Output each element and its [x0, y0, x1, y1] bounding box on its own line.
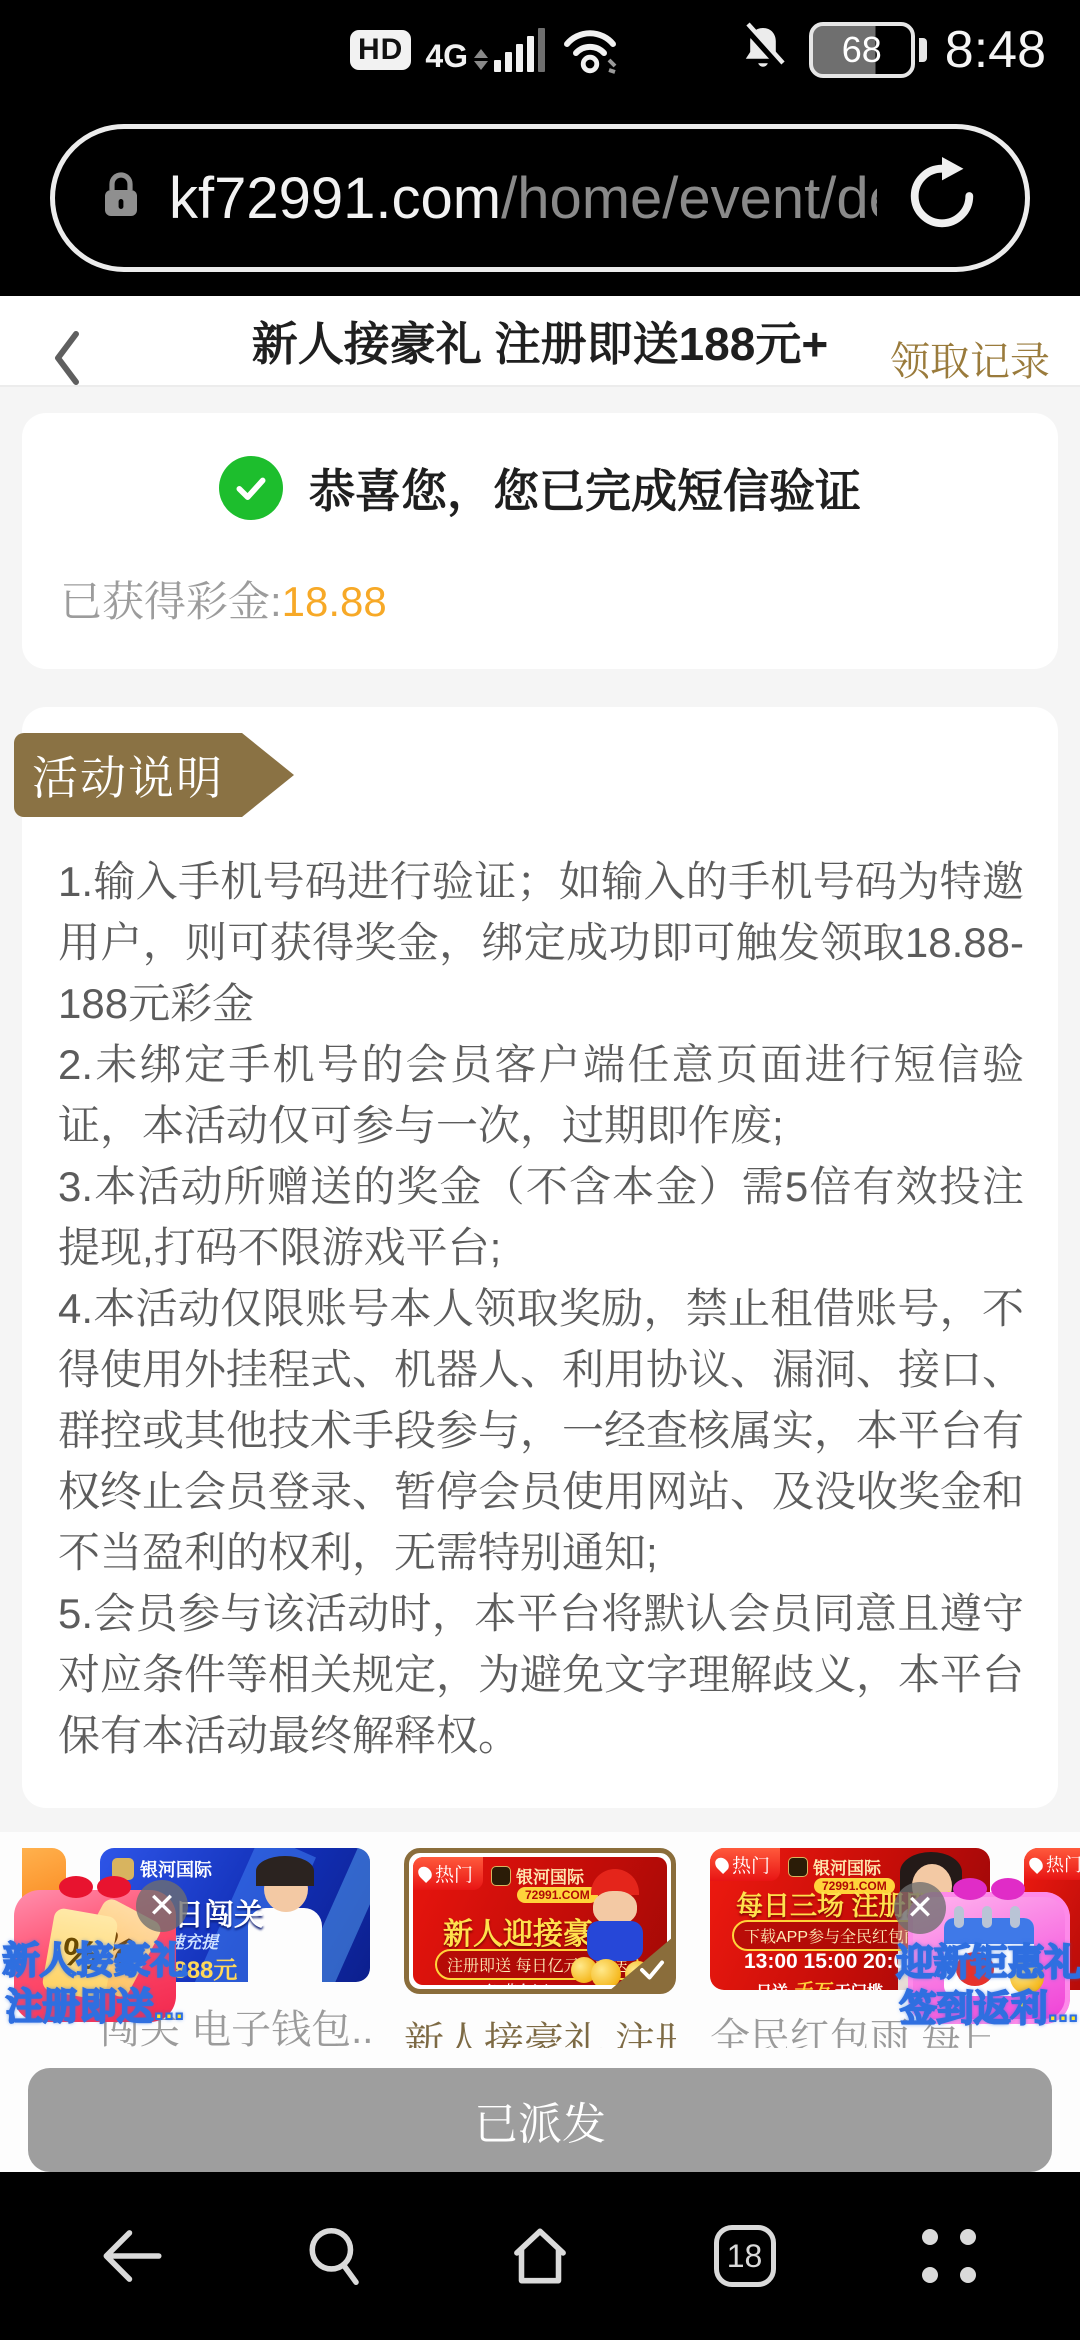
flame-icon — [1026, 1854, 1045, 1873]
claim-records-link[interactable]: 领取记录 — [890, 296, 1050, 420]
ribbon-bow-icon — [953, 1878, 1025, 1900]
reward-amount: 18.88 — [282, 578, 387, 625]
newcomer-banner-image[interactable]: 热门 银河国际 72991.COM 新人迎接豪礼 注册即送 每日亿元大派送 免费… — [413, 1857, 667, 1985]
url-path: /home/event/detail?c — [501, 166, 877, 231]
url-text[interactable]: kf72991.com/home/event/detail?c — [169, 165, 877, 232]
success-check-icon — [219, 456, 283, 520]
browser-url-row: kf72991.com/home/event/detail?c — [0, 100, 1080, 296]
dispatched-button-label: 已派发 — [474, 2088, 606, 2152]
nav-menu-button[interactable] — [904, 2211, 994, 2301]
wifi-hotspot-icon — [559, 20, 621, 81]
reward-row: 已获得彩金:18.88 — [60, 569, 1020, 629]
ribbon-bow-icon — [59, 1876, 131, 1898]
hot-badge: 热门 — [710, 1848, 780, 1881]
status-right-cluster: 68 8:48 — [735, 0, 1046, 100]
close-icon[interactable]: ✕ — [136, 1880, 188, 1932]
newcomer-caption[interactable]: 新人接豪礼 注册即送... — [404, 2010, 676, 2048]
rule-item: 2.未绑定手机号的会员客户端任意页面进行短信验证，本活动仅可参与一次，过期即作废… — [58, 1034, 1024, 1156]
tab-count[interactable]: 18 — [714, 2225, 776, 2287]
network-indicator: 4G — [425, 28, 545, 72]
dispatched-button[interactable]: 已派发 — [28, 2068, 1052, 2172]
carousel-item-newcomer-selected[interactable]: 热门 银河国际 72991.COM 新人迎接豪礼 注册即送 每日亿元大派送 免费… — [404, 1848, 676, 2048]
activity-rules-card: 活动说明 1.输入手机号码进行验证；如输入的手机号码为特邀用户，则可获得奖金，绑… — [22, 707, 1058, 1808]
flame-icon — [415, 1864, 434, 1883]
status-left-cluster: HD 4G — [350, 0, 621, 100]
url-host: kf72991.com — [169, 166, 501, 231]
notifications-muted-icon — [735, 20, 791, 81]
nav-back-button[interactable] — [86, 2211, 176, 2301]
brand-logo: 银河国际 — [788, 1854, 881, 1879]
battery-indicator: 68 — [809, 22, 927, 78]
coin-icon — [591, 1959, 621, 1985]
battery-percent: 68 — [842, 29, 882, 71]
lock-icon — [99, 170, 143, 227]
redpacket-banner-times: 13:00 15:00 20:00 — [744, 1950, 917, 1974]
brand-domain: 72991.COM — [517, 1887, 598, 1903]
rule-item: 1.输入手机号码进行验证；如输入的手机号码为特邀用户，则可获得奖金，绑定成功即可… — [58, 851, 1024, 1034]
rules-ribbon-label: 活动说明 — [32, 742, 224, 808]
promo-left-line2[interactable]: 注册即送... — [6, 1976, 185, 2030]
hot-badge: 热门 — [1024, 1848, 1080, 1880]
network-type-label: 4G — [425, 40, 468, 72]
refresh-icon[interactable] — [903, 157, 981, 240]
reward-label: 已获得彩金: — [60, 578, 282, 625]
nav-tabs-button[interactable]: 18 — [700, 2211, 790, 2301]
page-header: 新人接豪礼 注册即送188元+ 领取记录 — [0, 296, 1080, 387]
promo-right-line2[interactable]: 签到返利... — [900, 1978, 1079, 2032]
floating-promo-left[interactable]: ✕ % % 新人接豪礼 注册即送... — [14, 1890, 176, 2022]
promo-section: 银河国际 充值日闯关 体验极速充提 送 88888元 闯关 电子钱包... 热门… — [0, 1832, 1080, 2172]
data-arrows-icon — [474, 49, 488, 70]
nav-home-button[interactable] — [495, 2211, 585, 2301]
floating-promo-right[interactable]: ✕ 迎新钜惠礼 签到返利... — [908, 1892, 1070, 2024]
back-button[interactable] — [28, 296, 108, 420]
signal-bars-icon — [494, 28, 545, 72]
newcomer-banner-subtitle: 免费领取 — [483, 1979, 555, 1985]
web-page: 新人接豪礼 注册即送188元+ 领取记录 恭喜您，您已完成短信验证 已获得彩金:… — [0, 296, 1080, 2172]
rule-item: 3.本活动所赠送的奖金（不含本金）需5倍有效投注提现,打码不限游戏平台; — [58, 1156, 1024, 1278]
sms-verified-card: 恭喜您，您已完成短信验证 已获得彩金:18.88 — [22, 413, 1058, 669]
redpacket-banner-footer: 日送 千万 无门槛 — [756, 1976, 883, 1990]
hot-badge: 热门 — [413, 1857, 483, 1890]
flame-icon — [712, 1855, 731, 1874]
rule-item: 4.本活动仅限账号本人领取奖励，禁止租借账号，不得使用外挂程式、机器人、利用协议… — [58, 1278, 1024, 1583]
success-message: 恭喜您，您已完成短信验证 — [309, 455, 861, 521]
phone-screen: HD 4G — [0, 0, 1080, 2340]
system-nav-bar: 18 — [0, 2172, 1080, 2340]
newcomer-banner-selected-frame[interactable]: 热门 银河国际 72991.COM 新人迎接豪礼 注册即送 每日亿元大派送 免费… — [404, 1848, 676, 1994]
rule-item: 5.会员参与该活动时，本平台将默认会员同意且遵守对应条件等相关规定，为避免文字理… — [58, 1583, 1024, 1766]
hd-badge: HD — [350, 30, 411, 70]
nav-search-button[interactable] — [291, 2211, 381, 2301]
clock: 8:48 — [945, 20, 1046, 80]
status-bar: HD 4G — [0, 0, 1080, 100]
menu-dots-icon — [922, 2229, 976, 2283]
close-icon[interactable]: ✕ — [894, 1882, 946, 1934]
rules-body: 1.输入手机号码进行验证；如输入的手机号码为特邀用户，则可获得奖金，绑定成功即可… — [22, 817, 1058, 1766]
rules-ribbon: 活动说明 — [14, 733, 242, 817]
brand-logo: 银河国际 — [491, 1863, 584, 1888]
url-bar[interactable]: kf72991.com/home/event/detail?c — [50, 124, 1030, 272]
